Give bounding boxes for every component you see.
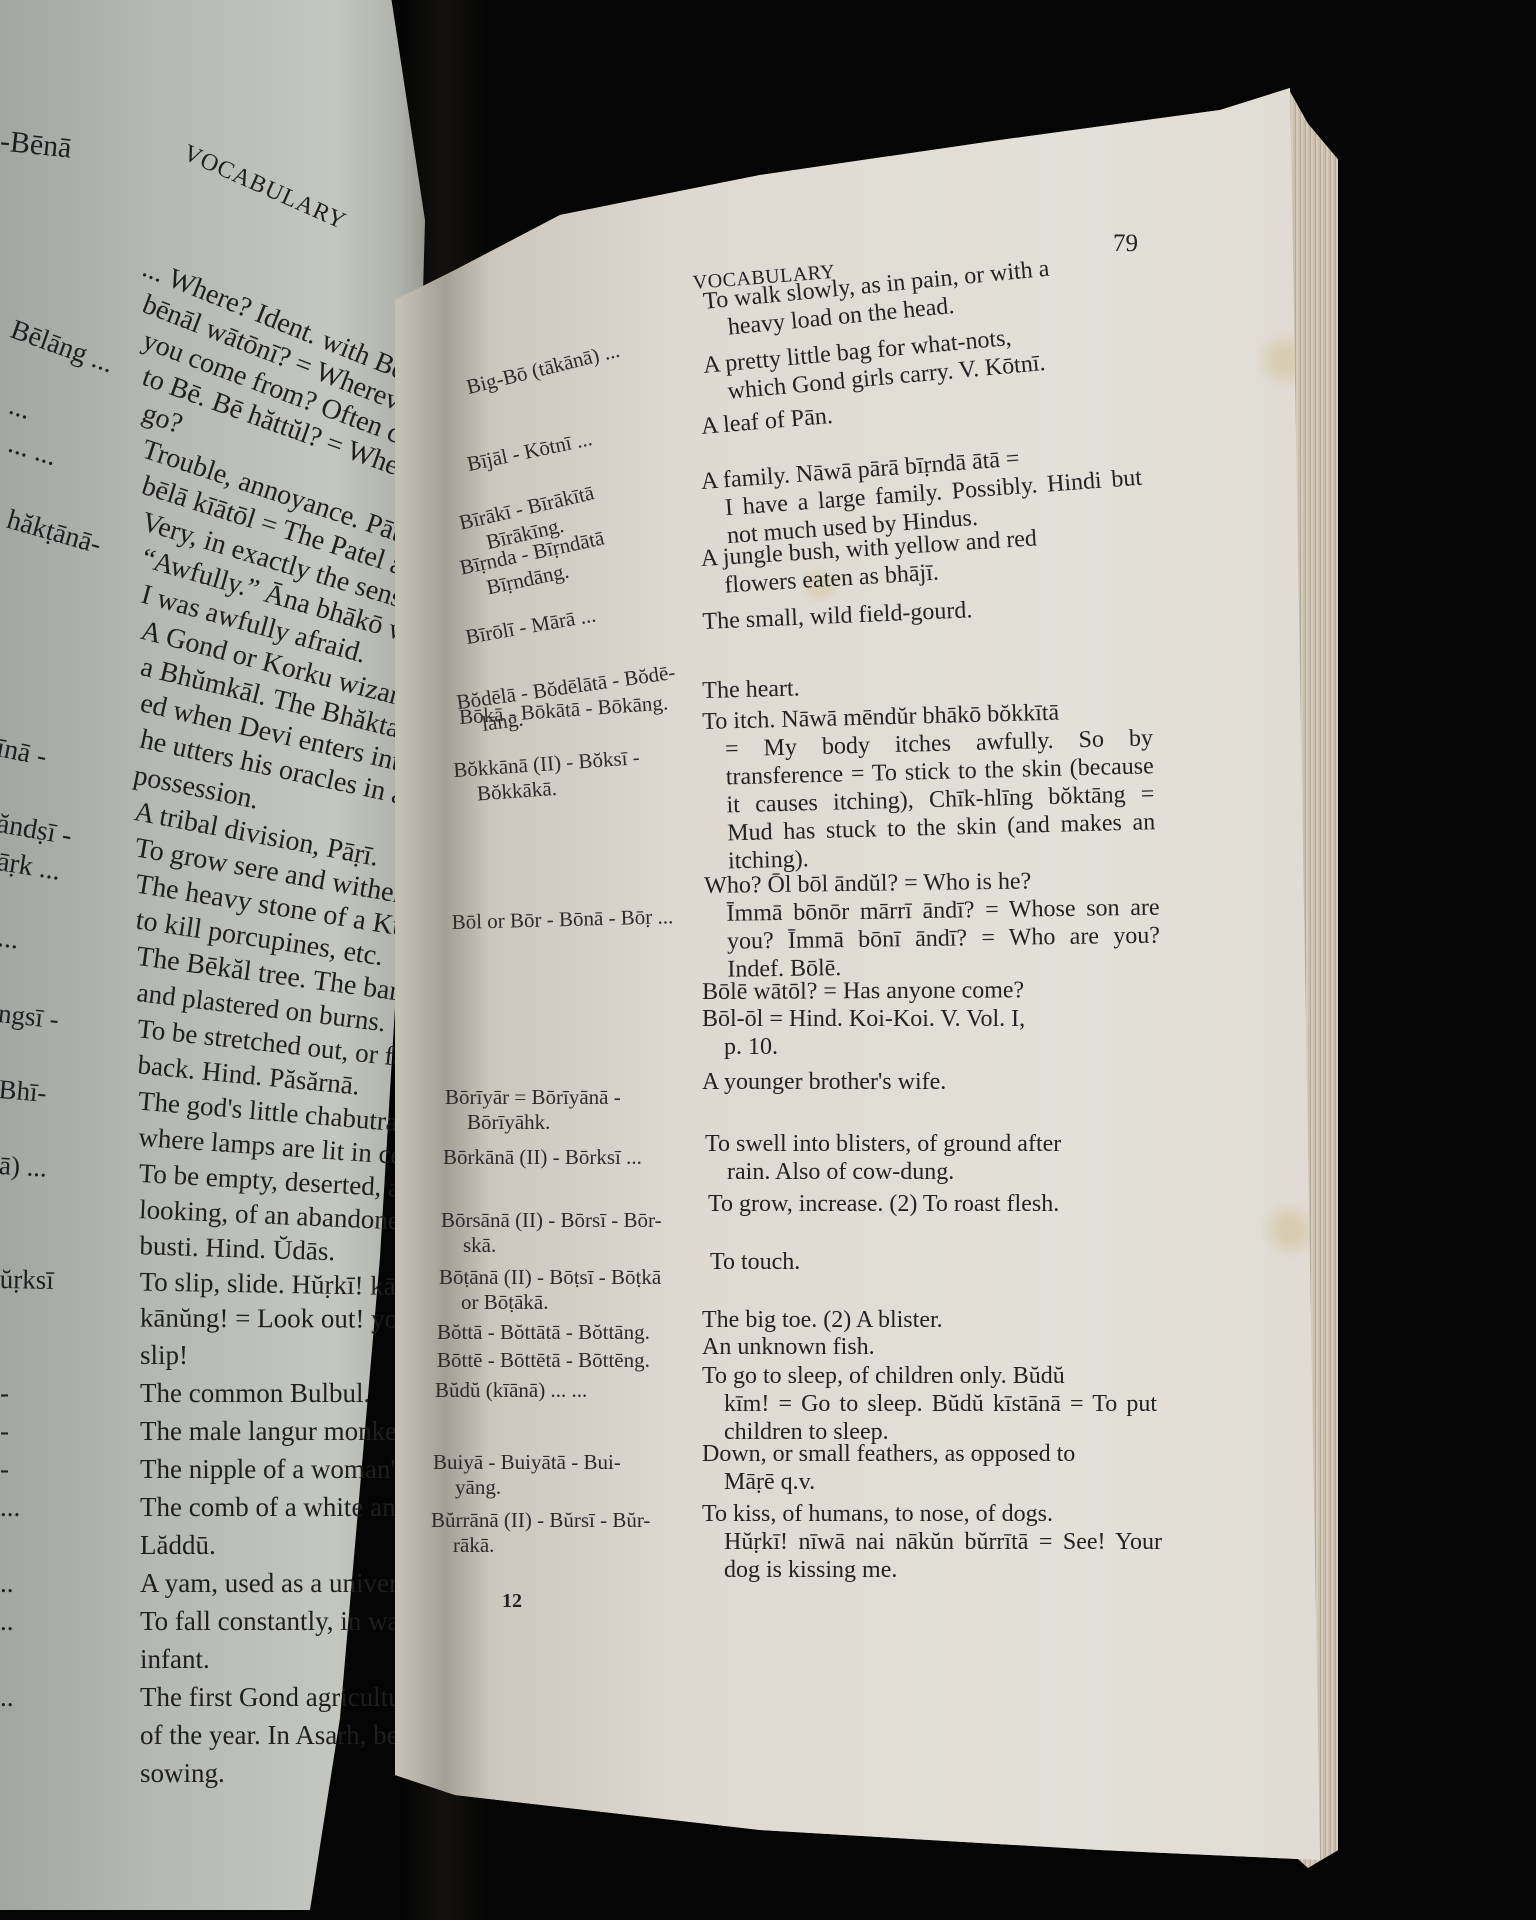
signature-mark: 12 (502, 1590, 522, 1613)
headword-continuation: skā. (441, 1233, 662, 1258)
headword-text: Big-Bō (tākānā) ... (464, 338, 622, 399)
definition-text: To kiss, of humans, to nose, of dogs. (702, 1501, 1053, 1527)
definition-text: Bōlē wātōl? = Has anyone come? (702, 977, 1024, 1005)
entry-definition: The big toe. (2) A blister. (702, 1306, 1157, 1334)
entry-headword: Bŭdŭ (kīānā) ... ... (435, 1378, 587, 1403)
definition-text: The small, wild field-gourd. (702, 597, 973, 635)
headword-text: Bīrōlī - Mārā ... (464, 602, 598, 649)
headword-text: Bōl or Bōr - Bōnā - Bōṛ ... (451, 904, 673, 934)
headword-text: Bōttē - Bōttētā - Bōttēng. (437, 1348, 650, 1372)
definition-text: To go to sleep, of children only. Bŭdŭ (702, 1363, 1065, 1389)
headword-text: Bŭrrānā (II) - Bŭrsī - Bŭr- (431, 1508, 650, 1532)
headword-continuation: Bōrīyāhk. (445, 1110, 621, 1135)
definition-continuation: Īmmā bōnōr mārrī āndī? = Whose son are y… (704, 894, 1160, 984)
headword-text: Bījāl - Kōtnī ... (465, 426, 594, 476)
definition-text: A younger brother's wife. (702, 1069, 946, 1095)
entry-headword: Buiyā - Buiyātā - Bui-yāng. (433, 1450, 621, 1500)
entry-definition: An unknown fish. (702, 1333, 1157, 1361)
definition-continuation: rain. Also of cow-dung. (705, 1158, 1160, 1186)
definition-text: The heart. (702, 675, 800, 704)
entry-headword: Bījāl - Kōtnī ... (465, 426, 595, 477)
headword-text: Bŏttā - Bŏttātā - Bŏttāng. (437, 1320, 650, 1344)
entry-definition: To go to sleep, of children only. Bŭdŭkī… (702, 1362, 1157, 1446)
right-page-content: 79 VOCABULARY Big-Bō (tākānā) ...To walk… (0, 0, 1536, 1920)
entry-headword: Bōrsānā (II) - Bōrsī - Bōr-skā. (441, 1208, 662, 1258)
definition-text: Who? Ōl bōl āndŭl? = Who is he? (704, 868, 1031, 899)
definition-text: The big toe. (2) A blister. (702, 1307, 943, 1333)
headword-continuation: or Bōṭākā. (439, 1290, 661, 1315)
headword-text: Bōrsānā (II) - Bōrsī - Bōr- (441, 1208, 662, 1232)
entry-headword: Big-Bō (tākānā) ... (464, 338, 622, 400)
entry-headword: Bōṭānā (II) - Bōṭsī - Bōṭkāor Bōṭākā. (439, 1265, 661, 1315)
entry-definition: Bōlē wātōl? = Has anyone come? (702, 976, 1162, 1006)
definition-text: A leaf of Pān. (700, 403, 834, 440)
headword-continuation: yāng. (433, 1475, 621, 1500)
definition-text: An unknown fish. (702, 1334, 875, 1360)
entry-definition: To kiss, of humans, to nose, of dogs.Hŭṛ… (702, 1500, 1162, 1584)
definition-text: To swell into blisters, of ground after (705, 1131, 1061, 1157)
entry-definition: To swell into blisters, of ground afterr… (705, 1130, 1160, 1186)
entry-headword: Bōrīyār = Bōrīyānā -Bōrīyāhk. (445, 1085, 621, 1135)
definition-text: To grow, increase. (2) To roast flesh. (708, 1191, 1059, 1217)
entry-definition: Down, or small feathers, as opposed toMā… (702, 1440, 1162, 1496)
definition-text: Bōl-ōl = Hind. Koi-Koi. V. Vol. I, (702, 1006, 1025, 1032)
headword-text: Bōṭānā (II) - Bōṭsī - Bōṭkā (439, 1265, 661, 1289)
entry-headword: Bŏkkānā (II) - Bŏksī -Bŏkkākā. (453, 745, 643, 808)
entry-headword: Bōl or Bōr - Bōnā - Bōṛ ... (451, 904, 673, 935)
definition-text: Down, or small feathers, as opposed to (702, 1441, 1075, 1467)
entry-definition: To grow, increase. (2) To roast flesh. (708, 1190, 1158, 1218)
headword-text: Bŭdŭ (kīānā) ... ... (435, 1378, 587, 1402)
headword-text: Buiyā - Buiyātā - Bui- (433, 1450, 621, 1474)
definition-continuation: Hŭṛkī! nīwā nai nākŭn bŭrrītā = See! You… (702, 1528, 1162, 1584)
entry-headword: Bīrōlī - Mārā ... (464, 602, 598, 650)
entry-headword: Bōrkānā (II) - Bōrksī ... (443, 1145, 642, 1170)
entry-headword: Bŏttā - Bŏttātā - Bŏttāng. (437, 1320, 650, 1345)
definition-continuation: = My body itches awfully. So by transfer… (703, 724, 1157, 876)
entry-definition: To itch. Nāwā mēndŭr bhākō bŏkkītā= My b… (702, 696, 1156, 876)
entry-definition: Bōl-ōl = Hind. Koi-Koi. V. Vol. I,p. 10. (702, 1005, 1162, 1061)
definition-continuation: Māṛē q.v. (702, 1468, 1162, 1496)
entry-headword: Bŭrrānā (II) - Bŭrsī - Bŭr-rākā. (431, 1508, 650, 1558)
entry-headword: Bōttē - Bōttētā - Bōttēng. (437, 1348, 650, 1373)
definition-text: To touch. (710, 1249, 800, 1275)
entry-definition: A younger brother's wife. (702, 1068, 1162, 1096)
definition-continuation: kīm! = Go to sleep. Bŭdŭ kīstānā = To pu… (702, 1390, 1157, 1446)
headword-text: Bōrīyār = Bōrīyānā - (445, 1085, 621, 1109)
entry-definition: Who? Ōl bōl āndŭl? = Who is he?Īmmā bōnō… (704, 866, 1161, 984)
entry-definition: To touch. (710, 1248, 1160, 1276)
definition-continuation: p. 10. (702, 1033, 1162, 1061)
headword-text: Bōrkānā (II) - Bōrksī ... (443, 1145, 642, 1169)
headword-continuation: rākā. (431, 1533, 650, 1558)
